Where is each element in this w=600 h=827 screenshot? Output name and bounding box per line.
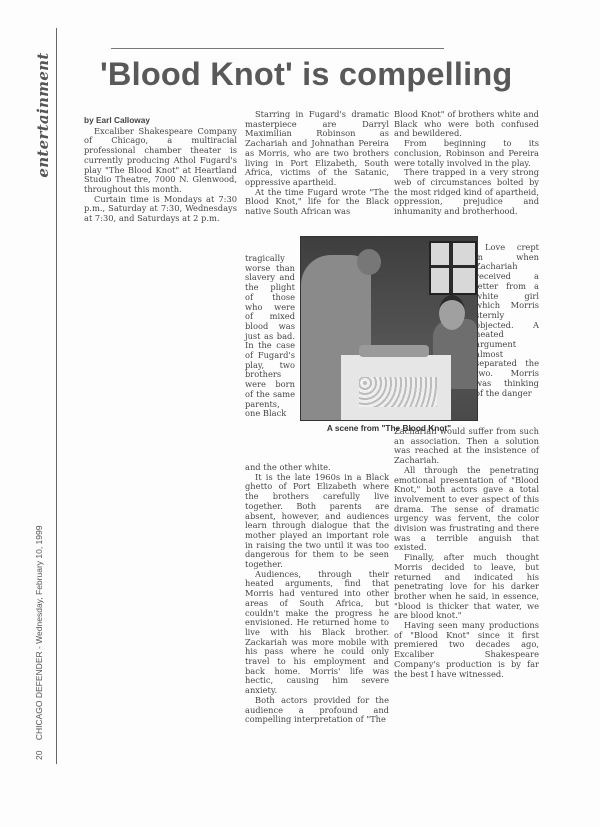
headline-rule [111, 48, 444, 49]
paragraph: At the time Fugard wrote "The Blood Knot… [245, 188, 389, 217]
paragraph: Both actors provided for the audience a … [245, 696, 389, 725]
paragraph: There trapped in a very strong web of ci… [394, 168, 539, 217]
paragraph: Curtain time is Mondays at 7:30 p.m., Sa… [84, 195, 237, 224]
column-1: by Earl Calloway Excaliber Shakespeare C… [84, 116, 237, 224]
table-items [359, 345, 429, 357]
column-2-bottom: and the other white. It is the late 1960… [245, 463, 389, 725]
column-3-narrow: Love crept in when Zachariah received a … [475, 243, 539, 398]
paragraph: Blood Knot" of brothers white and Black … [394, 110, 539, 139]
paragraph: It is the late 1960s in a Black ghetto o… [245, 473, 389, 570]
paragraph: From beginning to its conclusion, Robins… [394, 139, 539, 168]
dateline-text: CHICAGO DEFENDER - Wednesday, February 1… [34, 526, 44, 741]
paragraph: tragically worse than slavery and the pl… [245, 254, 295, 419]
column-2-top: Starring in Fugard's dramatic masterpiec… [245, 110, 389, 217]
lace-tablecloth [359, 377, 437, 407]
paragraph: Starring in Fugard's dramatic masterpiec… [245, 110, 389, 188]
photo-caption: A scene from "The Blood Knot" [300, 423, 478, 433]
paragraph: Finally, after much thought Morris decid… [394, 553, 539, 621]
headline: 'Blood Knot' is compelling [100, 56, 540, 93]
paragraph: Having seen many productions of "Blood K… [394, 621, 539, 679]
dateline: 20 CHICAGO DEFENDER - Wednesday, Februar… [34, 430, 48, 760]
photo-window [429, 241, 477, 295]
actor-standing-head [357, 249, 381, 275]
column-3-bottom: Zachariah would suffer from such an asso… [394, 427, 539, 679]
newspaper-clipping: entertainment 20 CHICAGO DEFENDER - Wedn… [0, 0, 600, 827]
paragraph: All through the penetrating emotional pr… [394, 466, 539, 553]
page-number: 20 [34, 751, 44, 760]
paragraph: Excaliber Shakespeare Company of Chicago… [84, 127, 237, 195]
paragraph: Love crept in when Zachariah received a … [475, 243, 539, 398]
actor-seated-head [439, 295, 465, 330]
paragraph: Audiences, through their heated argument… [245, 570, 389, 696]
side-vertical-rule [56, 28, 57, 764]
column-3-top: Blood Knot" of brothers white and Black … [394, 110, 539, 217]
column-2-narrow: tragically worse than slavery and the pl… [245, 254, 295, 419]
byline: by Earl Calloway [84, 116, 237, 126]
scene-photo [300, 236, 478, 421]
section-label: entertainment [34, 50, 54, 180]
